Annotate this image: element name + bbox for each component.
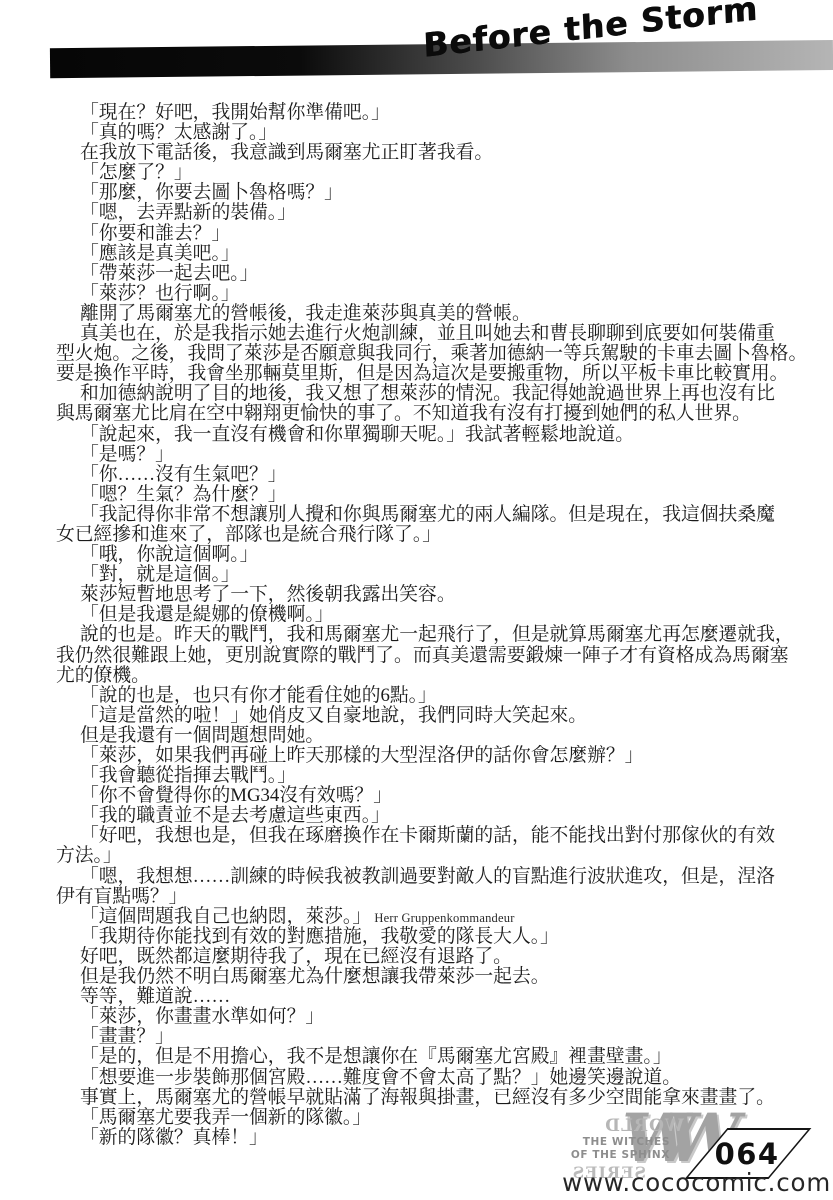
text-line: 「萊莎，如果我們再碰上昨天那樣的大型涅洛伊的話你會怎麼辦？」	[56, 746, 821, 766]
text-line-content: 「我會聽從指揮去戰鬥。」	[80, 765, 296, 786]
text-line-content: 我仍然很難跟上她，更別說實際的戰鬥了。而真美還需要鍛煉一陣子才有資格成為馬爾塞	[56, 645, 788, 666]
text-line: 「嗯，去弄點新的裝備。」	[56, 203, 821, 223]
text-line-content: 伊有盲點嗎？」	[56, 886, 187, 907]
series-logo-line2: OF THE SPHINX	[538, 1149, 670, 1162]
text-line-content: 「帶萊莎一起去吧。」	[80, 263, 258, 284]
text-line-content: 與馬爾塞尤比肩在空中翱翔更愉快的事了。不知道我有沒有打擾到她們的私人世界。	[56, 403, 751, 424]
text-line: 「嗯？生氣？為什麼？」	[56, 485, 821, 505]
text-block: 「現在？好吧，我開始幫你準備吧。」「真的嗎？太感謝了。」在我放下電話後，我意識到…	[56, 103, 821, 1148]
text-line: 「我記得你非常不想讓別人攪和你與馬爾塞尤的兩人編隊。但是現在，我這個扶桑魔	[56, 505, 821, 525]
text-line: 「你不會覺得你的MG34沒有效嗎？」	[56, 786, 821, 806]
text-line: 但是我仍然不明白馬爾塞尤為什麼想讓我帶萊莎一起去。	[56, 967, 821, 987]
text-line: 「萊莎，你畫畫水準如何？」	[56, 1007, 821, 1027]
text-line-content: 說的也是。昨天的戰鬥，我和馬爾塞尤一起飛行了，但是就算馬爾塞尤再怎麼遷就我，	[80, 624, 794, 645]
text-line: 等等，難道說……	[56, 987, 821, 1007]
series-logo-line1: THE WITCHES	[538, 1136, 670, 1149]
text-line: 「是的，但是不用擔心，我不是想讓你在『馬爾塞尤宮殿』裡畫壁畫。」	[56, 1047, 821, 1067]
text-line-content: 「萊莎，你畫畫水準如何？」	[80, 1006, 324, 1027]
text-line-content: 「是的，但是不用擔心，我不是想讓你在『馬爾塞尤宮殿』裡畫壁畫。」	[80, 1046, 672, 1067]
text-line-content: 「我的職責並不是去考慮這些東西。」	[80, 805, 390, 826]
text-line: 「我的職責並不是去考慮這些東西。」	[56, 806, 821, 826]
text-line: 和加德納說明了目的地後，我又想了想萊莎的情況。我記得她說過世界上再也沒有比	[56, 384, 821, 404]
text-line: 我仍然很難跟上她，更別說實際的戰鬥了。而真美還需要鍛煉一陣子才有資格成為馬爾塞	[56, 646, 821, 666]
text-line: 型火炮。之後，我問了萊莎是否願意與我同行，乘著加德納一等兵駕駛的卡車去圖卜魯格。	[56, 344, 821, 364]
text-line: 「你……沒有生氣吧？」	[56, 465, 821, 485]
text-line: 但是我還有一個問題想問她。	[56, 726, 821, 746]
text-line: 「現在？好吧，我開始幫你準備吧。」	[56, 103, 821, 123]
text-line-content: 「這是當然的啦！」她俏皮又自豪地說，我們同時大笑起來。	[80, 705, 587, 726]
text-line-content: 「嗯，我想想……訓練的時候我被教訓過要對敵人的盲點進行波狀進攻，但是，涅洛	[80, 866, 775, 887]
text-line-content: 「新的隊徽？真棒！」	[80, 1127, 268, 1148]
text-line-content: 「說起來，我一直沒有機會和你單獨聊天呢。」我試著輕鬆地說道。	[80, 424, 634, 445]
text-line-content: 女已經摻和進來了，部隊也是統合飛行隊了。」	[56, 524, 441, 545]
text-line: 在我放下電話後，我意識到馬爾塞尤正盯著我看。	[56, 143, 821, 163]
text-line: 「我期待你能找到有效的對應措施，我敬愛的隊長大人。」	[56, 927, 821, 947]
text-line-content: 要是換作平時，我會坐那輛莫里斯，但是因為這次是要搬重物，所以平板卡車比較實用。	[56, 363, 788, 384]
text-line: 伊有盲點嗎？」	[56, 887, 821, 907]
text-line-content: 「嗯，去弄點新的裝備。」	[80, 202, 296, 223]
text-line: 「我會聽從指揮去戰鬥。」	[56, 766, 821, 786]
scanned-novel-page: Before the Storm 「現在？好吧，我開始幫你準備吧。」「真的嗎？太…	[0, 0, 833, 1200]
text-line: 「這個問題我自己也納悶，萊莎。」 Herr Gruppenkommandeur	[56, 907, 821, 927]
text-line-content: 「畫畫？」	[80, 1026, 174, 1047]
text-line-content: 但是我還有一個問題想問她。	[80, 725, 324, 746]
text-line: 「怎麼了？」	[56, 163, 821, 183]
text-line: 女已經摻和進來了，部隊也是統合飛行隊了。」	[56, 525, 821, 545]
text-line: 「畫畫？」	[56, 1027, 821, 1047]
text-line-content: 型火炮。之後，我問了萊莎是否願意與我同行，乘著加德納一等兵駕駛的卡車去圖卜魯格。	[56, 343, 807, 364]
text-line: 「對，就是這個。」	[56, 565, 821, 585]
series-logo-text: THE WITCHES OF THE SPHINX	[538, 1136, 670, 1161]
text-line: 方法。」	[56, 846, 821, 866]
text-line-content: 「嗯？生氣？為什麼？」	[80, 484, 287, 505]
text-line-content: 「我期待你能找到有效的對應措施，我敬愛的隊長大人。」	[80, 926, 559, 947]
text-line: 「萊莎？也行啊。」	[56, 284, 821, 304]
text-line: 「是嗎？」	[56, 445, 821, 465]
text-line: 「應該是真美吧。」	[56, 244, 821, 264]
text-line: 與馬爾塞尤比肩在空中翱翔更愉快的事了。不知道我有沒有打擾到她們的私人世界。	[56, 404, 821, 424]
text-line: 「這是當然的啦！」她俏皮又自豪地說，我們同時大笑起來。	[56, 706, 821, 726]
inline-annotation: Herr Gruppenkommandeur	[371, 911, 514, 925]
text-line: 「好吧，我想也是，但我在琢磨換作在卡爾斯蘭的話，能不能找出對付那傢伙的有效	[56, 826, 821, 846]
text-line-content: 好吧，既然都這麼期待我了，現在已經沒有退路了。	[80, 946, 512, 967]
text-line-content: 方法。」	[56, 845, 122, 866]
text-line: 說的也是。昨天的戰鬥，我和馬爾塞尤一起飛行了，但是就算馬爾塞尤再怎麼遷就我，	[56, 625, 821, 645]
text-line-content: 但是我仍然不明白馬爾塞尤為什麼想讓我帶萊莎一起去。	[80, 966, 550, 987]
text-line-content: 「我記得你非常不想讓別人攪和你與馬爾塞尤的兩人編隊。但是現在，我這個扶桑魔	[80, 504, 775, 525]
text-line-content: 「你……沒有生氣吧？」	[80, 464, 287, 485]
mirrored-world-text: WORLD	[604, 1116, 684, 1136]
text-line-content: 「想要進一步裝飾那個宮殿……難度會不會太高了點？」她邊笑邊說道。	[80, 1067, 681, 1088]
text-line-content: 在我放下電話後，我意識到馬爾塞尤正盯著我看。	[80, 142, 493, 163]
text-line-content: 「那麼，你要去圖卜魯格嗎？」	[80, 182, 343, 203]
text-line: 「但是我還是緹娜的僚機啊。」	[56, 605, 821, 625]
text-line-content: 「但是我還是緹娜的僚機啊。」	[80, 604, 334, 625]
page-number: 064	[715, 1137, 780, 1171]
text-line-content: 「馬爾塞尤要我弄一個新的隊徽。」	[80, 1107, 371, 1128]
text-line-content: 和加德納說明了目的地後，我又想了想萊莎的情況。我記得她說過世界上再也沒有比	[80, 383, 775, 404]
text-line-content: 「好吧，我想也是，但我在琢磨換作在卡爾斯蘭的話，能不能找出對付那傢伙的有效	[80, 825, 775, 846]
text-line-content: 「應該是真美吧。」	[80, 243, 240, 264]
text-line: 「嗯，我想想……訓練的時候我被教訓過要對敵人的盲點進行波狀進攻，但是，涅洛	[56, 867, 821, 887]
text-line: 「說起來，我一直沒有機會和你單獨聊天呢。」我試著輕鬆地說道。	[56, 425, 821, 445]
text-line: 「哦，你說這個啊。」	[56, 545, 821, 565]
text-line-content: 「對，就是這個。」	[80, 564, 240, 585]
text-line-content: 「你要和誰去？」	[80, 223, 230, 244]
site-watermark: www.cococomic.com	[562, 1168, 831, 1197]
text-line-content: 「萊莎？也行啊。」	[80, 283, 240, 304]
text-line-content: 「你不會覺得你的MG34沒有效嗎？」	[80, 785, 392, 806]
text-line: 萊莎短暫地思考了一下，然後朝我露出笑容。	[56, 585, 821, 605]
text-line-content: 等等，難道說……	[80, 986, 230, 1007]
text-line: 「那麼，你要去圖卜魯格嗎？」	[56, 183, 821, 203]
text-line-content: 離開了馬爾塞尤的營帳後，我走進萊莎與真美的營帳。	[80, 303, 531, 324]
text-line: 尤的僚機。	[56, 666, 821, 686]
text-line: 離開了馬爾塞尤的營帳後，我走進萊莎與真美的營帳。	[56, 304, 821, 324]
text-line: 「你要和誰去？」	[56, 224, 821, 244]
text-line-content: 尤的僚機。	[56, 665, 150, 686]
text-line-content: 「說的也是，也只有你才能看住她的6點。」	[80, 685, 437, 706]
text-line: 真美也在，於是我指示她去進行火炮訓練，並且叫她去和曹長聊聊到底要如何裝備重	[56, 324, 821, 344]
text-line-content: 真美也在，於是我指示她去進行火炮訓練，並且叫她去和曹長聊聊到底要如何裝備重	[80, 323, 775, 344]
text-line: 要是換作平時，我會坐那輛莫里斯，但是因為這次是要搬重物，所以平板卡車比較實用。	[56, 364, 821, 384]
text-line-content: 「現在？好吧，我開始幫你準備吧。」	[80, 102, 390, 123]
text-line-content: 「是嗎？」	[80, 444, 174, 465]
text-line: 「真的嗎？太感謝了。」	[56, 123, 821, 143]
text-line: 「帶萊莎一起去吧。」	[56, 264, 821, 284]
text-line: 「想要進一步裝飾那個宮殿……難度會不會太高了點？」她邊笑邊說道。	[56, 1068, 821, 1088]
text-line-content: 「這個問題我自己也納悶，萊莎。」	[80, 906, 371, 927]
text-line-content: 「哦，你說這個啊。」	[80, 544, 258, 565]
text-line: 好吧，既然都這麼期待我了，現在已經沒有退路了。	[56, 947, 821, 967]
text-line-content: 「真的嗎？太感謝了。」	[80, 122, 277, 143]
text-line: 「說的也是，也只有你才能看住她的6點。」	[56, 686, 821, 706]
text-line-content: 「萊莎，如果我們再碰上昨天那樣的大型涅洛伊的話你會怎麼辦？」	[80, 745, 643, 766]
text-line-content: 萊莎短暫地思考了一下，然後朝我露出笑容。	[80, 584, 456, 605]
text-line-content: 「怎麼了？」	[80, 162, 193, 183]
